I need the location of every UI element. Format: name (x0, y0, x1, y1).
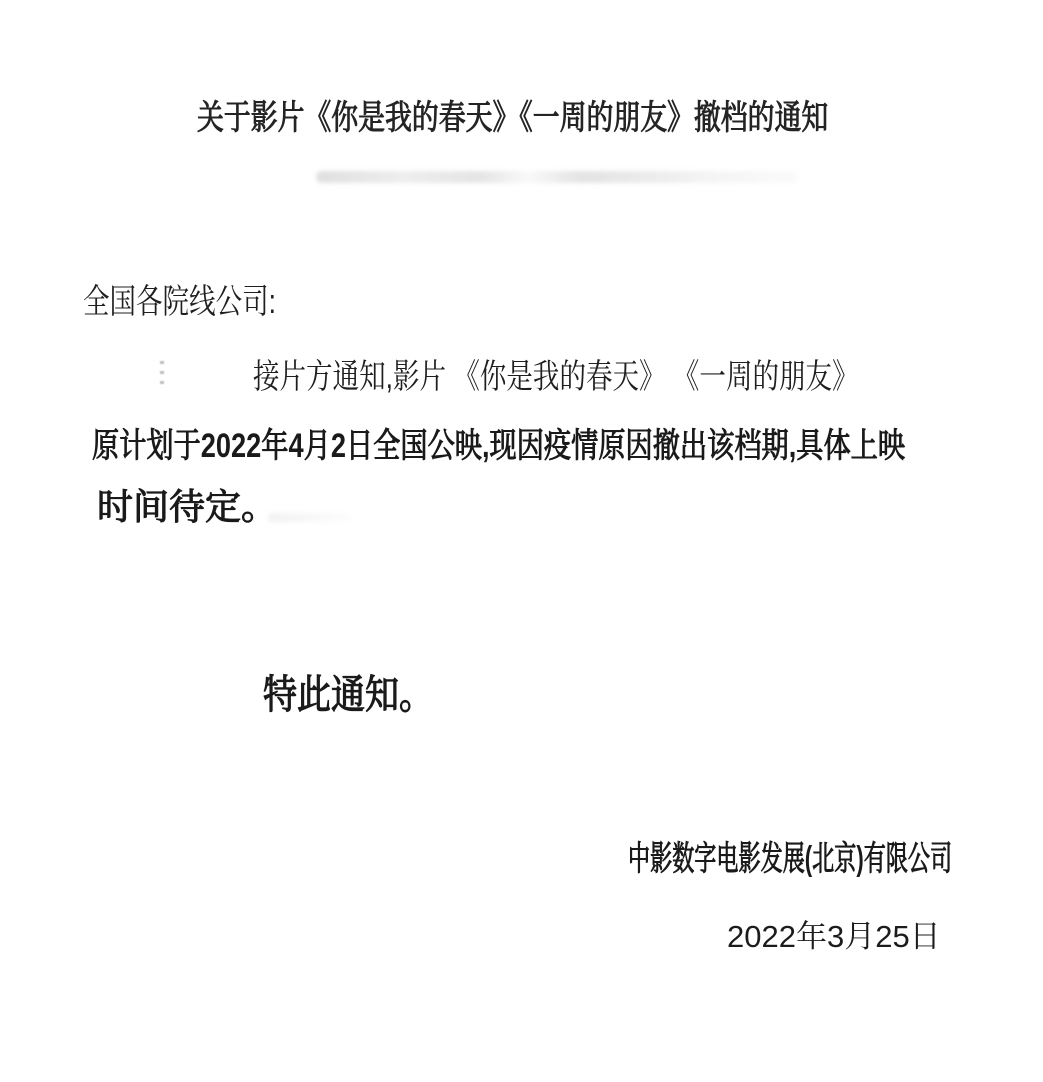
notice-signature-company: 中影数字电影发展(北京)有限公司 (628, 840, 952, 879)
scan-ghost-line-artifact (316, 171, 798, 183)
notice-salutation: 全国各院线公司: (83, 283, 276, 322)
notice-date: 2022年3月25日 (727, 919, 941, 955)
notice-closing: 特此通知。 (263, 672, 433, 718)
scan-dot-artifact (160, 361, 164, 389)
notice-body-line-2: 原计划于2022年4月2日全国公映,现因疫情原因撤出该档期,具体上映 (92, 427, 905, 466)
notice-body-line-1: 接片方通知,影片 《你是我的春天》 《一周的朋友》 (253, 358, 859, 397)
notice-title: 关于影片《你是我的春天》《一周的朋友》撤档的通知 (197, 99, 828, 138)
notice-page: 关于影片《你是我的春天》《一周的朋友》撤档的通知 全国各院线公司: 接片方通知,… (0, 0, 1043, 1082)
notice-body-line-3: 时间待定。 (97, 486, 277, 527)
scan-smudge-artifact (268, 513, 350, 522)
